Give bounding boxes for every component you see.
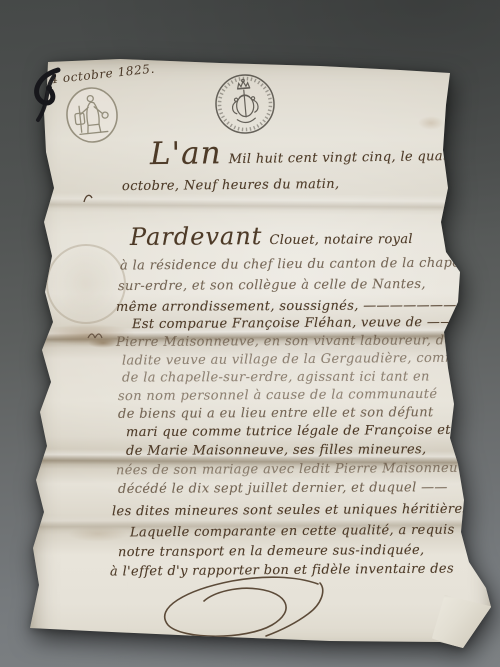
manuscript-paper: 4 octobre 1825.: [28, 56, 492, 650]
manuscript-line: à la résidence du chef lieu du canton de…: [120, 255, 478, 273]
ink-speck: [86, 328, 104, 342]
manuscript-line: de Marie Maisonneuve, ses filles mineure…: [126, 442, 427, 459]
manuscript-line: nées de son mariage avec ledit Pierre Ma…: [116, 461, 474, 478]
ink-speck: [80, 190, 96, 206]
lead-initial: L'an: [150, 135, 222, 172]
manuscript-line: sur-erdre, et son collègue à celle de Na…: [118, 277, 426, 294]
dog-ear-fold: [426, 590, 498, 652]
signature-flourish-icon: [146, 574, 331, 652]
ghost-stamp-mark: [46, 244, 126, 324]
manuscript-line: même arrondissement, soussignés, ———————…: [116, 298, 470, 315]
paper-shadow-wrap: 4 octobre 1825.: [0, 0, 500, 667]
manuscript-line: de biens qui a eu lieu entre elle et son…: [118, 405, 434, 422]
manuscript-line: PardevantClouet, notaire royal: [130, 221, 413, 251]
manuscript-line: les dites mineures sont seules et unique…: [112, 502, 474, 520]
photo-of-manuscript: 4 octobre 1825.: [0, 0, 500, 667]
ink-seal-stamp-icon: [209, 68, 281, 140]
manuscript-line: décédé le dix sept juillet dernier, et d…: [118, 480, 448, 497]
manuscript-line: Pierre Maisonneuve, en son vivant labour…: [116, 333, 500, 350]
manuscript-line: son nom personnel à cause de la communau…: [118, 387, 437, 404]
manuscript-line: Est comparue Françoise Fléhan, veuve de …: [132, 315, 454, 332]
stain-mark: [418, 116, 444, 130]
manuscript-line: de la chapelle-sur-erdre, agissant ici t…: [122, 369, 430, 385]
manuscript-line: mari que comme tutrice légale de Françoi…: [126, 423, 451, 440]
manuscript-line: octobre, Neuf heures du matin,: [122, 177, 340, 194]
manuscript-line: notre transport en la demeure sus-indiqu…: [118, 543, 425, 560]
manuscript-line: Laquelle comparante en cette qualité, a …: [130, 523, 455, 541]
manuscript-line: L'anMil huit cent vingt cinq, le quatre: [150, 132, 464, 172]
stain-mark: [68, 526, 128, 542]
manuscript-line: ladite veuve au village de la Gergaudièr…: [122, 350, 483, 368]
binding-thread-icon: [26, 66, 72, 128]
lead-initial: Pardevant: [130, 222, 263, 251]
